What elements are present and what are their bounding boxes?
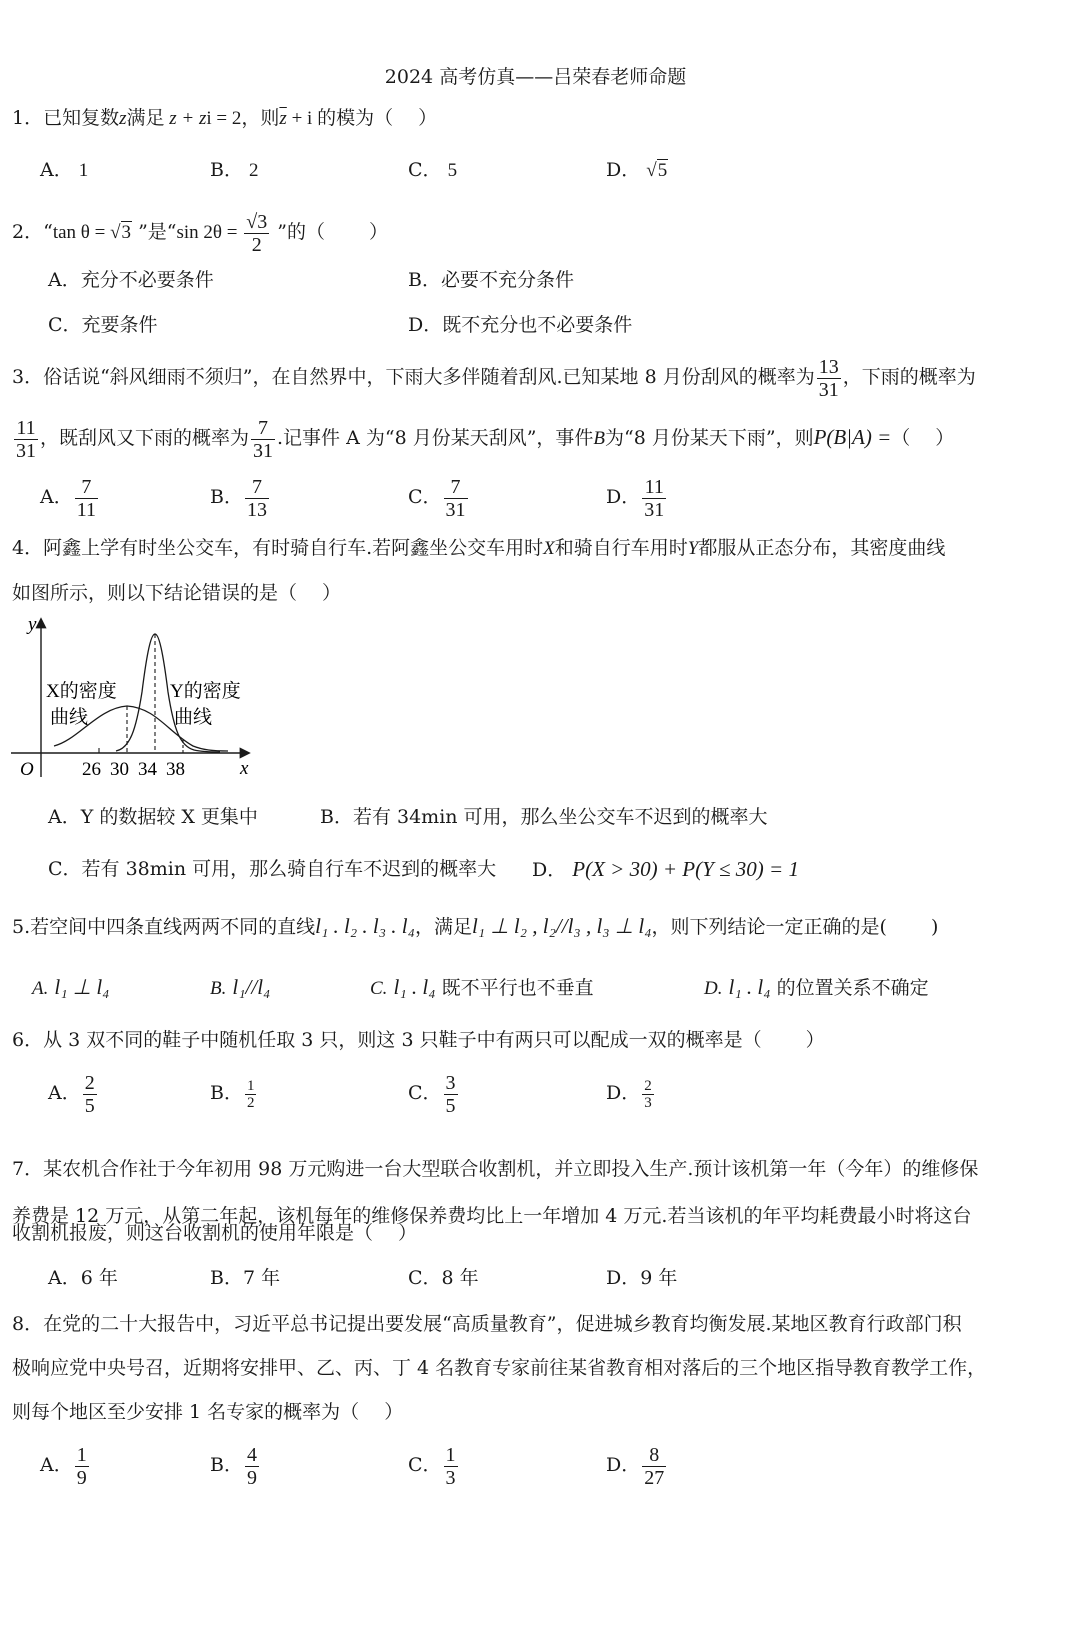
option-1a[interactable]: A． 1 bbox=[40, 158, 88, 183]
svg-text:曲线: 曲线 bbox=[174, 706, 212, 728]
question-8-line-3: 则每个地区至少安排 1 名专家的概率为（ ） bbox=[12, 1400, 403, 1424]
question-7-line-1: 7．某农机合作社于今年初用 98 万元购进一台大型联合收割机，并立即投入生产.预… bbox=[12, 1157, 978, 1181]
option-4d[interactable]: D． P(X > 30) + P(Y ≤ 30) = 1 bbox=[532, 857, 799, 882]
option-2d[interactable]: D．既不充分也不必要条件 bbox=[408, 313, 632, 337]
option-5b[interactable]: B. l₁//l₄ bbox=[210, 975, 270, 1001]
option-6d[interactable]: D．23 bbox=[606, 1068, 656, 1118]
fraction: √32 bbox=[244, 211, 269, 256]
option-7b[interactable]: B．7 年 bbox=[210, 1266, 280, 1290]
question-4-line-2: 如图所示，则以下结论错误的是（ ） bbox=[12, 581, 341, 605]
svg-text:30: 30 bbox=[110, 759, 129, 780]
question-7-line-3: 收割机报废，则这台收割机的使用年限是（ ） bbox=[12, 1221, 417, 1245]
option-5c[interactable]: C. l₁ . l₄ 既不平行也不垂直 bbox=[370, 975, 594, 1001]
density-curve-figure: y x O 26 30 34 38 X的密度 曲线 Y的密度 曲线 bbox=[8, 612, 258, 782]
svg-text:34: 34 bbox=[138, 759, 158, 780]
svg-text:26: 26 bbox=[82, 759, 101, 780]
question-number: 1． bbox=[12, 107, 43, 129]
option-6c[interactable]: C．35 bbox=[408, 1068, 460, 1118]
option-3d[interactable]: D．1131 bbox=[606, 472, 668, 522]
option-1d[interactable]: D． √5 bbox=[606, 158, 668, 183]
option-4a[interactable]: A．Y 的数据较 X 更集中 bbox=[48, 805, 258, 829]
option-7a[interactable]: A．6 年 bbox=[48, 1266, 118, 1290]
option-3c[interactable]: C．731 bbox=[408, 472, 470, 522]
option-2c[interactable]: C．充要条件 bbox=[48, 313, 158, 337]
option-2a[interactable]: A．充分不必要条件 bbox=[48, 268, 214, 292]
option-4b[interactable]: B．若有 34min 可用，那么坐公交车不迟到的概率大 bbox=[320, 805, 768, 829]
question-3-line-1: 3．俗话说“斜风细雨不须归”，在自然界中，下雨大多伴随着刮风.已知某地 8 月份… bbox=[12, 352, 976, 402]
option-5a[interactable]: A. l₁ ⊥ l₄ bbox=[32, 975, 109, 1001]
option-8d[interactable]: D．827 bbox=[606, 1440, 668, 1490]
svg-text:y: y bbox=[26, 614, 37, 635]
question-1-stem: 1．已知复数z满足 z + zi = 2，则z + i 的模为（ ） bbox=[12, 106, 437, 131]
option-7d[interactable]: D．9 年 bbox=[606, 1266, 677, 1290]
page-title: 2024 高考仿真——吕荣春老师命题 bbox=[0, 62, 1071, 89]
question-6-stem: 6．从 3 双不同的鞋子中随机任取 3 只，则这 3 只鞋子中有两只可以配成一双… bbox=[12, 1028, 825, 1052]
question-2-stem: 2．“tan θ = √3 ”是“sin 2θ = √32 ”的（ ） bbox=[12, 210, 388, 256]
svg-text:X的密度: X的密度 bbox=[46, 680, 117, 702]
option-1b[interactable]: B． 2 bbox=[210, 158, 259, 183]
svg-text:O: O bbox=[20, 759, 34, 780]
option-1c[interactable]: C． 5 bbox=[408, 158, 457, 183]
question-3-line-2: 1131，既刮风又下雨的概率为731.记事件 A 为“8 月份某天刮风”，事件B… bbox=[12, 412, 954, 464]
option-8c[interactable]: C．13 bbox=[408, 1440, 460, 1490]
svg-text:Y的密度: Y的密度 bbox=[170, 680, 241, 702]
question-8-line-1: 8．在党的二十大报告中，习近平总书记提出要发展“高质量教育”，促进城乡教育均衡发… bbox=[12, 1312, 962, 1336]
question-8-line-2: 极响应党中央号召，近期将安排甲、乙、丙、丁 4 名教育专家前往某省教育相对落后的… bbox=[12, 1356, 986, 1380]
option-3b[interactable]: B．713 bbox=[210, 472, 271, 522]
equation: z + z bbox=[165, 108, 207, 129]
question-4-line-1: 4．阿鑫上学有时坐公交车，有时骑自行车.若阿鑫坐公交车用时X和骑自行车用时Y都服… bbox=[12, 536, 945, 561]
sqrt-symbol: √5 bbox=[646, 159, 668, 181]
svg-text:曲线: 曲线 bbox=[50, 706, 88, 728]
option-2b[interactable]: B．必要不充分条件 bbox=[408, 268, 574, 292]
svg-text:x: x bbox=[239, 758, 249, 779]
svg-text:38: 38 bbox=[166, 759, 185, 780]
option-5d[interactable]: D. l₁ . l₄ 的位置关系不确定 bbox=[704, 975, 929, 1001]
option-4c[interactable]: C．若有 38min 可用，那么骑自行车不迟到的概率大 bbox=[48, 857, 496, 881]
option-3a[interactable]: A．711 bbox=[40, 472, 100, 522]
option-7c[interactable]: C．8 年 bbox=[408, 1266, 479, 1290]
question-5-stem: 5.若空间中四条直线两两不同的直线l₁ . l₂ . l₃ . l₄，满足l₁ … bbox=[12, 914, 938, 939]
option-8a[interactable]: A．19 bbox=[40, 1440, 91, 1490]
option-8b[interactable]: B．49 bbox=[210, 1440, 261, 1490]
option-6b[interactable]: B．12 bbox=[210, 1068, 258, 1118]
option-6a[interactable]: A．25 bbox=[48, 1068, 99, 1118]
